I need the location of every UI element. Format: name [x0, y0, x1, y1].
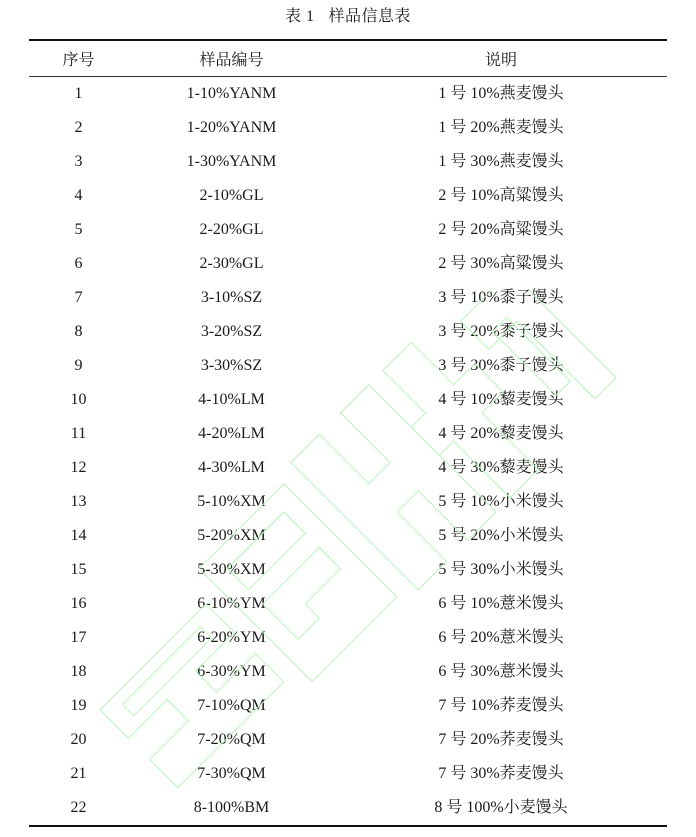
table-row: 83-20%SZ3 号 20%黍子馒头 — [29, 315, 667, 349]
cell-description: 5 号 20%小米馒头 — [335, 519, 667, 553]
cell-description: 6 号 30%薏米馒头 — [335, 655, 667, 689]
table-row: 42-10%GL2 号 10%高粱馒头 — [29, 179, 667, 213]
table-row: 217-30%QM7 号 30%荞麦馒头 — [29, 757, 667, 791]
cell-description: 5 号 10%小米馒头 — [335, 485, 667, 519]
cell-serial-number: 9 — [29, 349, 128, 383]
table-row: 135-10%XM5 号 10%小米馒头 — [29, 485, 667, 519]
table-row: 62-30%GL2 号 30%高粱馒头 — [29, 247, 667, 281]
cell-sample-code: 4-20%LM — [128, 417, 335, 451]
table-row: 21-20%YANM1 号 20%燕麦馒头 — [29, 111, 667, 145]
cell-description: 8 号 100%小麦馒头 — [335, 791, 667, 826]
cell-description: 3 号 20%黍子馒头 — [335, 315, 667, 349]
cell-sample-code: 1-10%YANM — [128, 77, 335, 112]
cell-description: 1 号 30%燕麦馒头 — [335, 145, 667, 179]
cell-description: 1 号 20%燕麦馒头 — [335, 111, 667, 145]
table-row: 166-10%YM6 号 10%薏米馒头 — [29, 587, 667, 621]
table-number: 表 1 — [285, 8, 315, 25]
cell-serial-number: 15 — [29, 553, 128, 587]
cell-serial-number: 19 — [29, 689, 128, 723]
cell-sample-code: 3-20%SZ — [128, 315, 335, 349]
table-row: 11-10%YANM1 号 10%燕麦馒头 — [29, 77, 667, 112]
cell-serial-number: 14 — [29, 519, 128, 553]
table-caption: 表 1样品信息表 — [0, 6, 696, 28]
table-header: 序号 样品编号 说明 — [29, 40, 667, 77]
cell-serial-number: 10 — [29, 383, 128, 417]
cell-description: 3 号 30%黍子馒头 — [335, 349, 667, 383]
cell-sample-code: 7-20%QM — [128, 723, 335, 757]
cell-sample-code: 6-10%YM — [128, 587, 335, 621]
header-sample-code: 样品编号 — [128, 40, 335, 77]
table-row: 197-10%QM7 号 10%荞麦馒头 — [29, 689, 667, 723]
cell-description: 2 号 10%高粱馒头 — [335, 179, 667, 213]
header-row: 序号 样品编号 说明 — [29, 40, 667, 77]
cell-description: 7 号 20%荞麦馒头 — [335, 723, 667, 757]
cell-description: 2 号 20%高粱馒头 — [335, 213, 667, 247]
sample-info-table-container: 序号 样品编号 说明 11-10%YANM1 号 10%燕麦馒头21-20%YA… — [29, 39, 667, 827]
cell-serial-number: 7 — [29, 281, 128, 315]
cell-sample-code: 7-10%QM — [128, 689, 335, 723]
cell-sample-code: 4-30%LM — [128, 451, 335, 485]
cell-sample-code: 2-30%GL — [128, 247, 335, 281]
table-row: 93-30%SZ3 号 30%黍子馒头 — [29, 349, 667, 383]
cell-description: 7 号 10%荞麦馒头 — [335, 689, 667, 723]
cell-description: 4 号 10%藜麦馒头 — [335, 383, 667, 417]
table-row: 124-30%LM4 号 30%藜麦馒头 — [29, 451, 667, 485]
table-row: 145-20%XM5 号 20%小米馒头 — [29, 519, 667, 553]
cell-serial-number: 6 — [29, 247, 128, 281]
cell-serial-number: 12 — [29, 451, 128, 485]
cell-serial-number: 18 — [29, 655, 128, 689]
table-row: 31-30%YANM1 号 30%燕麦馒头 — [29, 145, 667, 179]
header-description: 说明 — [335, 40, 667, 77]
cell-serial-number: 4 — [29, 179, 128, 213]
cell-sample-code: 6-30%YM — [128, 655, 335, 689]
table-row: 73-10%SZ3 号 10%黍子馒头 — [29, 281, 667, 315]
table-row: 104-10%LM4 号 10%藜麦馒头 — [29, 383, 667, 417]
cell-description: 6 号 20%薏米馒头 — [335, 621, 667, 655]
sample-info-table: 序号 样品编号 说明 11-10%YANM1 号 10%燕麦馒头21-20%YA… — [29, 39, 667, 827]
cell-sample-code: 2-10%GL — [128, 179, 335, 213]
table-row: 176-20%YM6 号 20%薏米馒头 — [29, 621, 667, 655]
cell-serial-number: 11 — [29, 417, 128, 451]
cell-description: 1 号 10%燕麦馒头 — [335, 77, 667, 112]
table-body: 11-10%YANM1 号 10%燕麦馒头21-20%YANM1 号 20%燕麦… — [29, 77, 667, 827]
cell-sample-code: 1-30%YANM — [128, 145, 335, 179]
cell-serial-number: 17 — [29, 621, 128, 655]
header-serial-number: 序号 — [29, 40, 128, 77]
cell-sample-code: 8-100%BM — [128, 791, 335, 826]
cell-sample-code: 7-30%QM — [128, 757, 335, 791]
cell-sample-code: 5-20%XM — [128, 519, 335, 553]
cell-serial-number: 20 — [29, 723, 128, 757]
cell-serial-number: 1 — [29, 77, 128, 112]
cell-sample-code: 6-20%YM — [128, 621, 335, 655]
cell-sample-code: 3-10%SZ — [128, 281, 335, 315]
cell-description: 3 号 10%黍子馒头 — [335, 281, 667, 315]
cell-description: 7 号 30%荞麦馒头 — [335, 757, 667, 791]
table-row: 114-20%LM4 号 20%藜麦馒头 — [29, 417, 667, 451]
cell-sample-code: 3-30%SZ — [128, 349, 335, 383]
cell-sample-code: 1-20%YANM — [128, 111, 335, 145]
table-title: 样品信息表 — [329, 8, 412, 25]
cell-sample-code: 4-10%LM — [128, 383, 335, 417]
cell-description: 5 号 30%小米馒头 — [335, 553, 667, 587]
table-row: 207-20%QM7 号 20%荞麦馒头 — [29, 723, 667, 757]
cell-serial-number: 3 — [29, 145, 128, 179]
cell-serial-number: 5 — [29, 213, 128, 247]
cell-description: 6 号 10%薏米馒头 — [335, 587, 667, 621]
table-row: 155-30%XM5 号 30%小米馒头 — [29, 553, 667, 587]
cell-serial-number: 13 — [29, 485, 128, 519]
table-row: 186-30%YM6 号 30%薏米馒头 — [29, 655, 667, 689]
table-row: 228-100%BM8 号 100%小麦馒头 — [29, 791, 667, 826]
cell-serial-number: 16 — [29, 587, 128, 621]
cell-description: 4 号 20%藜麦馒头 — [335, 417, 667, 451]
cell-serial-number: 21 — [29, 757, 128, 791]
cell-description: 4 号 30%藜麦馒头 — [335, 451, 667, 485]
cell-sample-code: 5-30%XM — [128, 553, 335, 587]
table-row: 52-20%GL2 号 20%高粱馒头 — [29, 213, 667, 247]
cell-description: 2 号 30%高粱馒头 — [335, 247, 667, 281]
cell-sample-code: 2-20%GL — [128, 213, 335, 247]
cell-serial-number: 8 — [29, 315, 128, 349]
cell-sample-code: 5-10%XM — [128, 485, 335, 519]
cell-serial-number: 2 — [29, 111, 128, 145]
cell-serial-number: 22 — [29, 791, 128, 826]
